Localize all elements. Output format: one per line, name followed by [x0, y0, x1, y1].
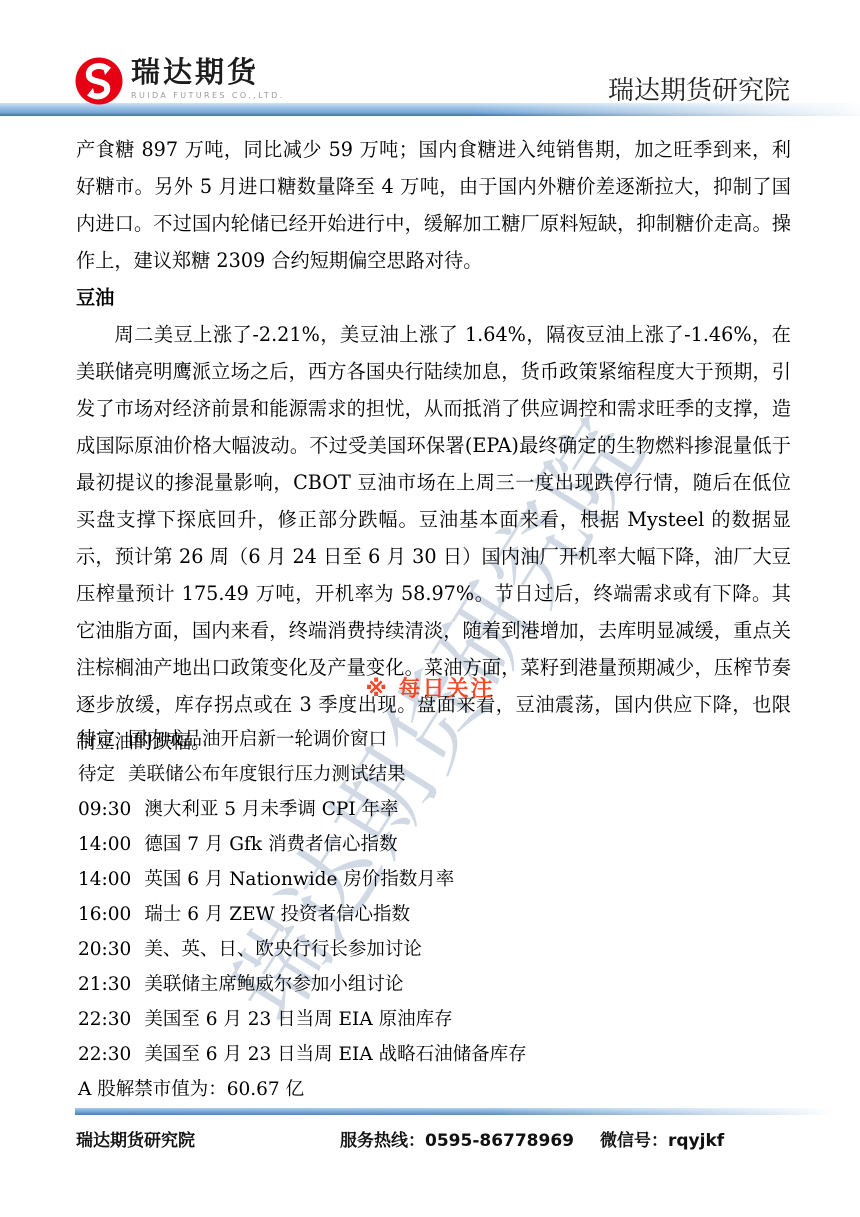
brand-block: 瑞达期货 RUIDA FUTURES CO.,LTD.: [131, 56, 285, 100]
footer: 瑞达期货研究院 服务热线：0595-86778969 微信号：rqyjkf: [76, 1126, 790, 1156]
article-body: 产食糖 897 万吨，同比减少 59 万吨；国内食糖进入纯销售期，加之旺季到来，…: [76, 131, 791, 760]
list-item: 22:30美国至 6 月 23 日当周 EIA 战略石油储备库存: [78, 1037, 778, 1072]
event-label: A 股解禁市值为：60.67 亿: [78, 1079, 304, 1100]
daily-focus-title: ※ 每日关注: [0, 672, 860, 703]
footer-institute: 瑞达期货研究院: [76, 1126, 195, 1151]
footer-divider-bar: [75, 1108, 835, 1115]
event-label: 国内成品油开启新一轮调价窗口: [128, 729, 387, 750]
event-time: 待定: [78, 722, 115, 757]
footer-wechat: 微信号：rqyjkf: [600, 1126, 724, 1151]
event-label: 美国至 6 月 23 日当周 EIA 战略石油储备库存: [144, 1044, 526, 1065]
event-time: 14:00: [78, 862, 131, 897]
event-label: 澳大利亚 5 月未季调 CPI 年率: [144, 799, 398, 820]
daily-focus-list: 待定国内成品油开启新一轮调价窗口 待定美联储公布年度银行压力测试结果 09:30…: [78, 722, 778, 1107]
list-item: 待定美联储公布年度银行压力测试结果: [78, 757, 778, 792]
company-logo: 瑞达期货 RUIDA FUTURES CO.,LTD.: [74, 56, 285, 106]
event-label: 美联储公布年度银行压力测试结果: [128, 764, 406, 785]
event-label: 美、英、日、欧央行行长参加讨论: [144, 939, 422, 960]
event-label: 德国 7 月 Gfk 消费者信心指数: [144, 834, 397, 855]
list-item: 20:30美、英、日、欧央行行长参加讨论: [78, 932, 778, 967]
event-time: 16:00: [78, 897, 131, 932]
event-time: 20:30: [78, 932, 131, 967]
event-label: 瑞士 6 月 ZEW 投资者信心指数: [144, 904, 410, 925]
section-heading-soyoil: 豆油: [76, 279, 791, 316]
paragraph-sugar: 产食糖 897 万吨，同比减少 59 万吨；国内食糖进入纯销售期，加之旺季到来，…: [76, 131, 791, 279]
event-time: 待定: [78, 757, 115, 792]
report-page: 瑞达期货研究院 瑞达期货 RUIDA FUTURES CO.,LTD. 瑞达期货…: [0, 0, 860, 1217]
ruida-logo-icon: [74, 56, 124, 106]
event-time: 22:30: [78, 1002, 131, 1037]
list-item: 09:30澳大利亚 5 月未季调 CPI 年率: [78, 792, 778, 827]
brand-subtitle: RUIDA FUTURES CO.,LTD.: [131, 91, 285, 100]
event-time: 22:30: [78, 1037, 131, 1072]
event-label: 美联储主席鲍威尔参加小组讨论: [144, 974, 403, 995]
event-label: 英国 6 月 Nationwide 房价指数月率: [144, 869, 454, 890]
brand-name: 瑞达期货: [131, 56, 285, 88]
event-time: 21:30: [78, 967, 131, 1002]
event-label: 美国至 6 月 23 日当周 EIA 原油库存: [144, 1009, 452, 1030]
event-time: 14:00: [78, 827, 131, 862]
list-item: 22:30美国至 6 月 23 日当周 EIA 原油库存: [78, 1002, 778, 1037]
list-item: A 股解禁市值为：60.67 亿: [78, 1072, 778, 1107]
footer-hotline: 服务热线：0595-86778969: [340, 1126, 574, 1151]
list-item: 14:00德国 7 月 Gfk 消费者信心指数: [78, 827, 778, 862]
list-item: 16:00瑞士 6 月 ZEW 投资者信心指数: [78, 897, 778, 932]
list-item: 21:30美联储主席鲍威尔参加小组讨论: [78, 967, 778, 1002]
header-institute-title: 瑞达期货研究院: [608, 70, 790, 107]
list-item: 14:00英国 6 月 Nationwide 房价指数月率: [78, 862, 778, 897]
event-time: 09:30: [78, 792, 131, 827]
list-item: 待定国内成品油开启新一轮调价窗口: [78, 722, 778, 757]
